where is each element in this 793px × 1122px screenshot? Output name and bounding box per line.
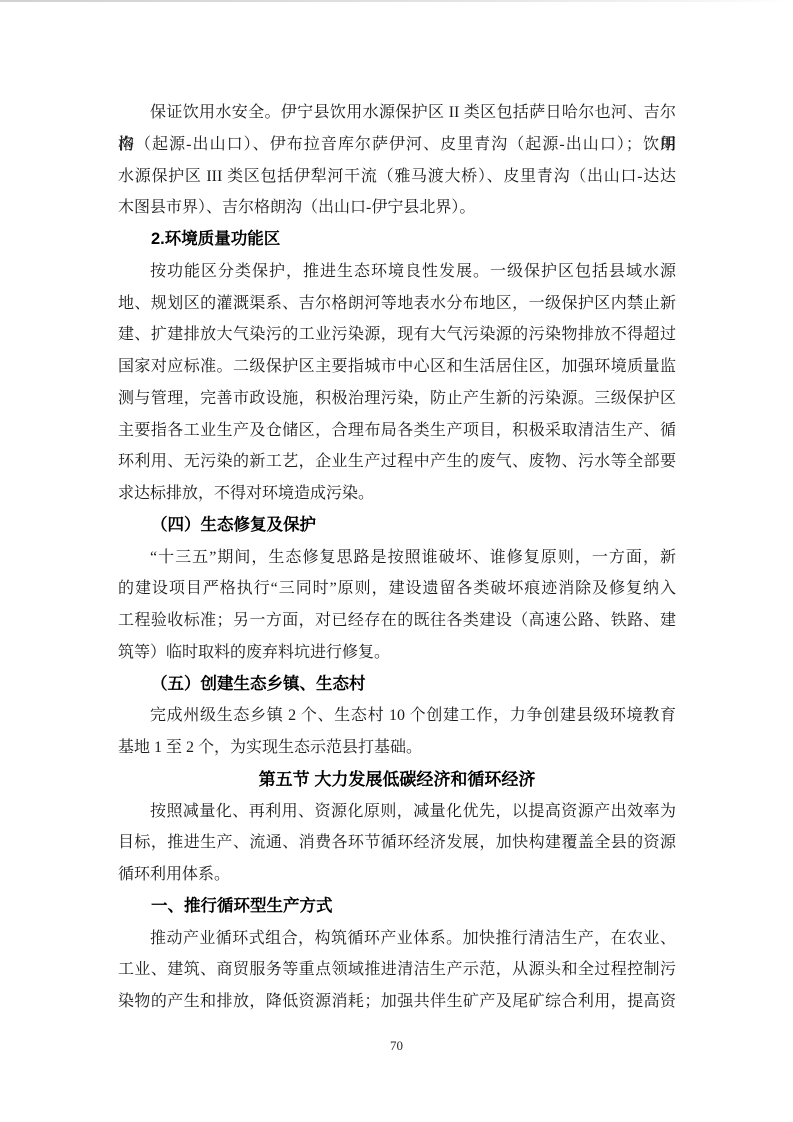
paragraph-line: 求达标排放，不得对环境造成污染。 (118, 478, 676, 510)
paragraph-line: 工业、建筑、商贸服务等重点领域推进清洁生产示范，从源头和全过程控制污 (118, 954, 676, 986)
paragraph-line: 木图县市界）、吉尔格朗沟（出山口-伊宁县北界）。 (118, 192, 676, 224)
paragraph-line: 水源保护区 III 类区包括伊犁河干流（雅马渡大桥）、皮里青沟（出山口-达达 (118, 161, 676, 193)
document-page: 保证饮用水安全。伊宁县饮用水源保护区 II 类区包括萨日哈尔也河、吉尔格朗沟（起… (0, 0, 793, 1122)
paragraph-line: 按照减量化、再利用、资源化原则，减量化优先，以提高资源产出效率为 (118, 796, 676, 828)
paragraph-line: 目标，推进生产、流通、消费各环节循环经济发展，加快构建覆盖全县的资源 (118, 827, 676, 859)
paragraph-line: 推动产业循环式组合，构筑循环产业体系。加快推行清洁生产，在农业、 (118, 923, 676, 955)
paragraph-line: 工程验收标准；另一方面，对已经存在的既往各类建设（高速公路、铁路、建 (118, 605, 676, 637)
paragraph-line: 国家对应标准。二级保护区主要指城市中心区和生活居住区，加强环境质量监 (118, 351, 676, 383)
footer-page-number: 70 (0, 1038, 793, 1054)
scan-edge-artifact (0, 0, 793, 2)
paragraph-line: 基地 1 至 2 个，为实现生态示范县打基础。 (118, 732, 676, 764)
section-title: 第五节 大力发展低碳经济和循环经济 (118, 764, 676, 796)
paragraph-line: 地、规划区的灌溉渠系、吉尔格朗河等地表水分布地区，一级保护区内禁止新 (118, 288, 676, 320)
paragraph-line: 循环利用体系。 (118, 859, 676, 891)
paragraph-line: 完成州级生态乡镇 2 个、生态村 10 个创建工作，力争创建县级环境教育 (118, 700, 676, 732)
paragraph-line: 环利用、无污染的新工艺，企业生产过程中产生的废气、废物、污水等全部要 (118, 446, 676, 478)
heading: （四）生态修复及保护 (118, 510, 676, 542)
heading: 2.环境质量功能区 (118, 224, 676, 256)
paragraph-line: 建、扩建排放大气染污的工业污染源，现有大气污染源的污染物排放不得超过 (118, 319, 676, 351)
paragraph-line: 筑等）临时取料的废弃料坑进行修复。 (118, 637, 676, 669)
heading: （五）创建生态乡镇、生态村 (118, 669, 676, 701)
paragraph-line: “十三五”期间，生态修复思路是按照谁破坏、谁修复原则，一方面，新 (118, 542, 676, 574)
paragraph-line: 主要指各工业生产及仓储区，合理布局各类生产项目，积极采取清洁生产、循 (118, 415, 676, 447)
paragraph-line: 测与管理，完善市政设施，积极治理污染，防止产生新的污染源。三级保护区 (118, 383, 676, 415)
paragraph-line: 的建设项目严格执行“三同时”原则，建设遗留各类破坏痕迹消除及修复纳入 (118, 573, 676, 605)
paragraph-line: 保证饮用水安全。伊宁县饮用水源保护区 II 类区包括萨日哈尔也河、吉尔格朗 (118, 97, 676, 129)
heading: 一、推行循环型生产方式 (118, 891, 676, 923)
paragraph-line: 按功能区分类保护，推进生态环境良性发展。一级保护区包括县域水源 (118, 256, 676, 288)
paragraph-line: 沟（起源-出山口）、伊布拉音库尔萨伊河、皮里青沟（起源-出山口）；饮用 (118, 129, 676, 161)
paragraph-line: 染物的产生和排放，降低资源消耗；加强共伴生矿产及尾矿综合利用，提高资 (118, 986, 676, 1018)
document-content: 保证饮用水安全。伊宁县饮用水源保护区 II 类区包括萨日哈尔也河、吉尔格朗沟（起… (118, 97, 676, 1018)
